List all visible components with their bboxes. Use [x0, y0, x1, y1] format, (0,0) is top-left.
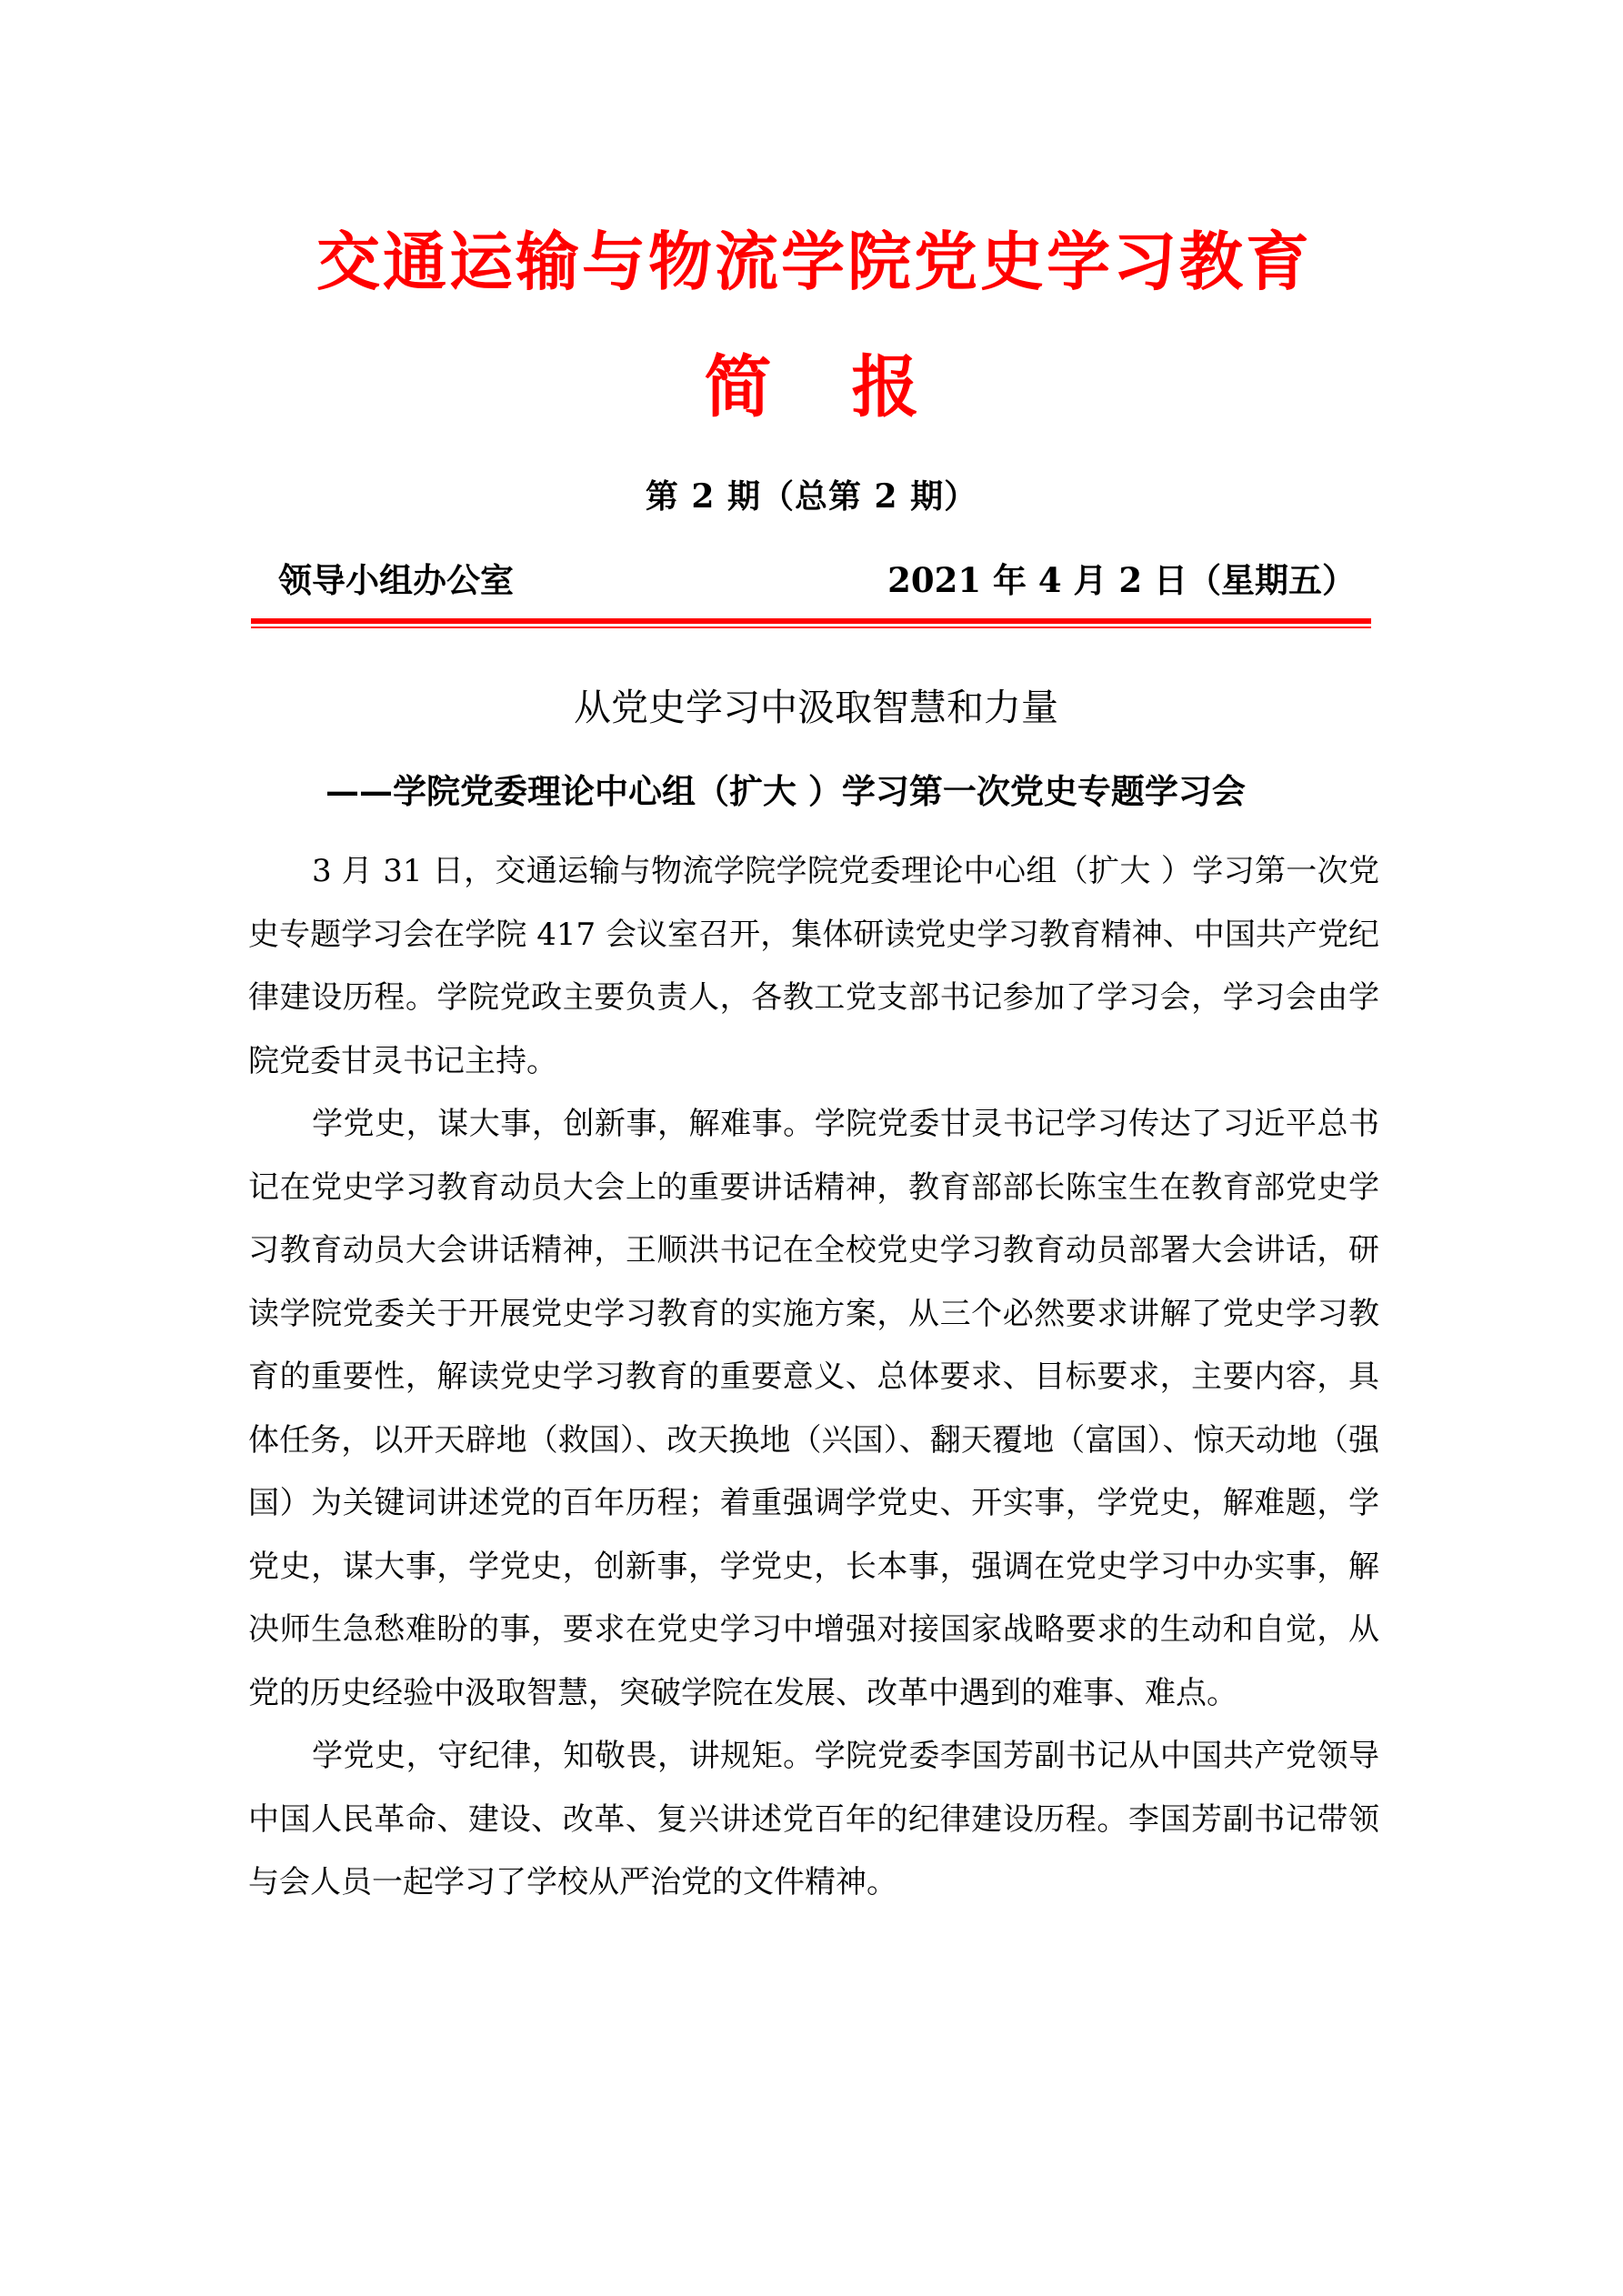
article-headline: 从党史学习中汲取智慧和力量: [0, 680, 1623, 735]
issuing-office: 领导小组办公室: [278, 553, 514, 607]
article-subheadline: ——学院党委理论中心组（扩大 ）学习第一次党史专题学习会: [326, 764, 1389, 818]
masthead-title: 交通运输与物流学院党史学习教育: [0, 218, 1623, 306]
bulletin-page: 交通运输与物流学院党史学习教育 简报 第 2 期（总第 2 期） 领导小组办公室…: [0, 0, 1623, 2296]
masthead-meta-row: 领导小组办公室 2021 年 4 月 2 日（星期五）: [278, 553, 1356, 607]
article-paragraph: 学党史，守纪律，知敬畏，讲规矩。学院党委李国芳副书记从中国共产党领导中国人民革命…: [248, 1725, 1379, 1915]
article-body: 3 月 31 日，交通运输与物流学院学院党委理论中心组（扩大 ）学习第一次党史专…: [248, 840, 1379, 1915]
issue-number: 第 2 期（总第 2 期）: [0, 471, 1623, 522]
masthead-divider: [251, 618, 1371, 628]
article-paragraph: 学党史，谋大事，创新事，解难事。学院党委甘灵书记学习传达了习近平总书记在党史学习…: [248, 1093, 1379, 1725]
article-paragraph: 3 月 31 日，交通运输与物流学院学院党委理论中心组（扩大 ）学习第一次党史专…: [248, 840, 1379, 1093]
issue-date: 2021 年 4 月 2 日（星期五）: [887, 553, 1356, 607]
masthead-subtitle: 简报: [0, 344, 1623, 431]
masthead-subtitle-char-2: 报: [852, 348, 919, 426]
masthead-subtitle-char-1: 简: [705, 348, 772, 426]
divider-thin-line: [251, 627, 1371, 628]
divider-thick-line: [251, 618, 1371, 624]
